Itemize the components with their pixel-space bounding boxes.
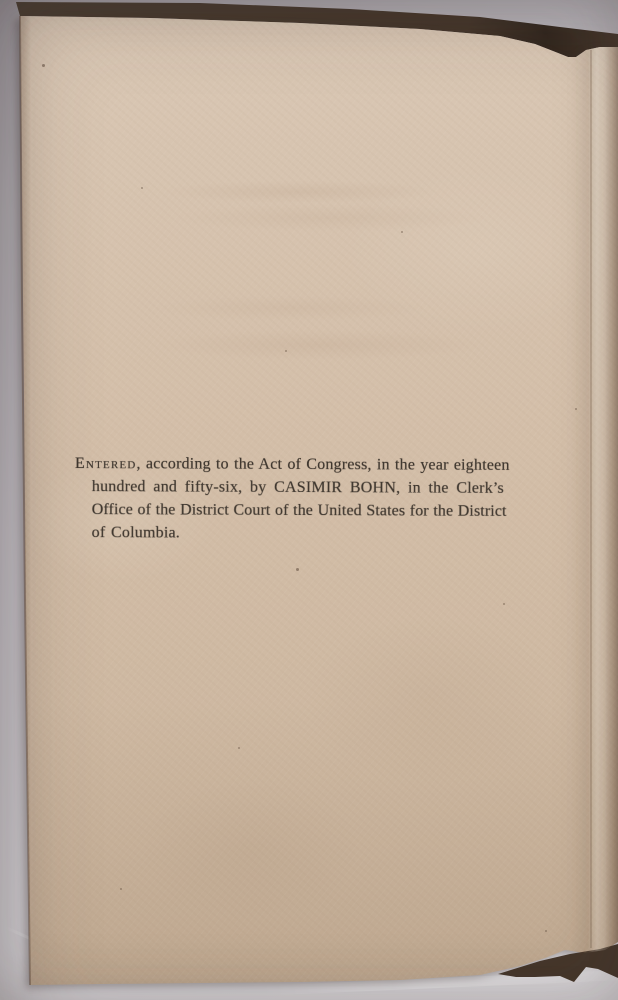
paper-speck xyxy=(401,231,403,233)
paper-speck xyxy=(575,408,577,410)
notice-lead-word: Entered xyxy=(75,455,137,472)
copyright-notice: Entered, according to the Act of Congres… xyxy=(75,452,510,546)
paper-speck xyxy=(296,568,299,571)
paper-speck xyxy=(120,888,122,890)
paper-speck xyxy=(238,747,240,749)
notice-line-3: Office of the District Court of the Unit… xyxy=(92,498,510,523)
paper-speck xyxy=(503,603,505,605)
notice-line-1: Entered, according to the Act of Congres… xyxy=(75,452,510,477)
paper-speck xyxy=(545,930,547,932)
paper-speck xyxy=(141,187,143,189)
paper-speck xyxy=(285,350,287,352)
notice-line-1-rest: , according to the Act of Congress, in t… xyxy=(136,455,509,474)
notice-line-4: of Columbia. xyxy=(92,521,510,546)
paper-speck xyxy=(42,64,45,67)
book-photo: Entered, according to the Act of Congres… xyxy=(0,0,618,1000)
notice-line-2: hundred and fifty-six, by CASIMIR BOHN, … xyxy=(92,475,510,500)
